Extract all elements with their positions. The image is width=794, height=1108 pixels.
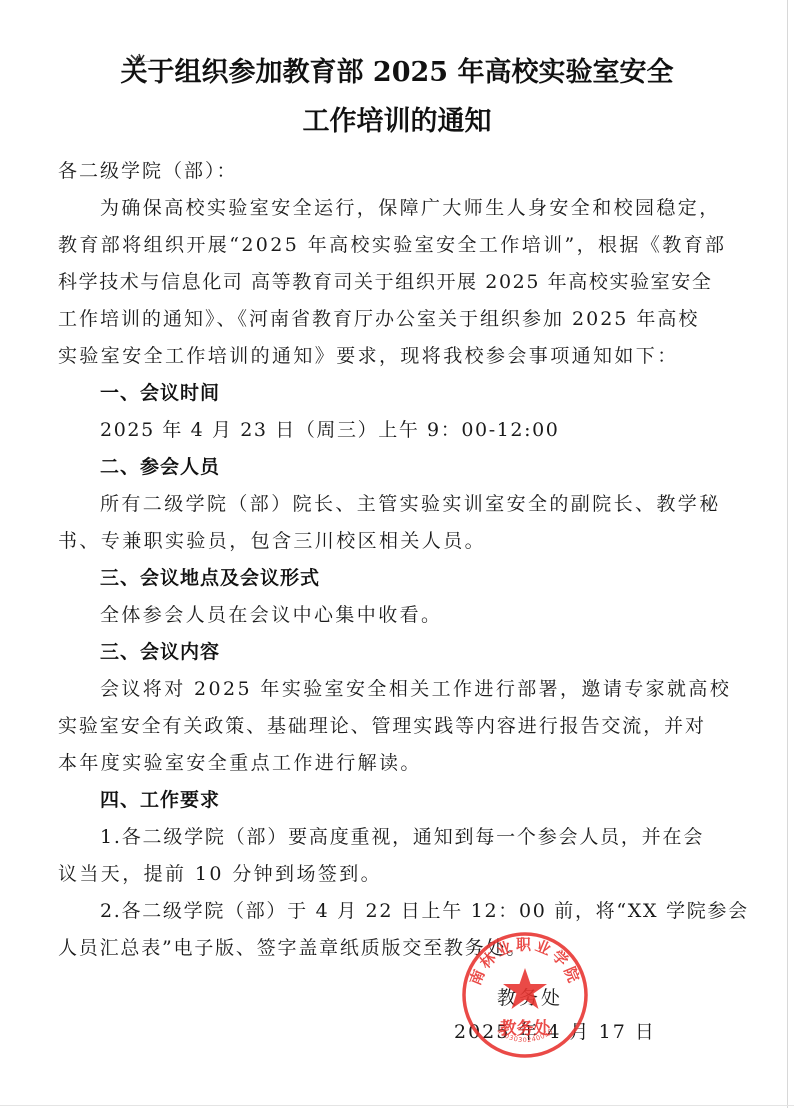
requirement-line: 议当天，提前 10 分钟到场签到。: [58, 859, 382, 886]
section-heading-attendees: 二、参会人员: [100, 452, 220, 479]
section-heading-location: 三、会议地点及会议形式: [100, 563, 320, 590]
intro-line: 工作培训的通知》、《河南省教育厅办公室关于组织参加 2025 年高校: [58, 304, 699, 331]
intro-line: 教育部将组织开展“2025 年高校实验室安全工作培训”，根据《教育部: [58, 230, 726, 257]
intro-line: 实验室安全工作培训的通知》要求，现将我校参会事项通知如下：: [58, 341, 679, 368]
page-edge-bottom: [0, 1105, 794, 1106]
requirement-line: 1.各二级学院（部）要高度重视，通知到每一个参会人员，并在会: [100, 822, 704, 849]
document-page: 关于组织参加教育部 2025 年高校实验室安全 工作培训的通知 各二级学院（部）…: [0, 0, 794, 1108]
page-edge-right: [787, 0, 788, 1108]
intro-line: 为确保高校实验室安全运行，保障广大师生人身安全和校园稳定，: [100, 193, 721, 220]
content-line: 实验室安全有关政策、基础理论、管理实践等内容进行报告交流，并对: [58, 711, 706, 738]
section-heading-time: 一、会议时间: [100, 378, 220, 405]
location-line: 全体参会人员在会议中心集中收看。: [100, 600, 442, 627]
salutation: 各二级学院（部）：: [58, 156, 238, 183]
section-heading-content: 三、会议内容: [100, 637, 220, 664]
requirement-line: 人员汇总表”电子版、签字盖章纸质版交至教务处。: [58, 933, 527, 960]
attendees-line: 所有二级学院（部）院长、主管实验实训室安全的副院长、教学秘: [100, 489, 721, 516]
signature-date: 2025 年 4 月 17 日: [454, 1017, 656, 1044]
section-heading-requirements: 四、工作要求: [100, 785, 220, 812]
content-line: 会议将对 2025 年实验室安全相关工作进行部署，邀请专家就高校: [100, 674, 731, 701]
content-line: 本年度实验室安全重点工作进行解读。: [58, 748, 422, 775]
intro-line: 科学技术与信息化司 高等教育司关于组织开展 2025 年高校实验室安全: [58, 267, 712, 294]
signature-department: 教务处: [497, 983, 563, 1010]
attendees-line: 书、专兼职实验员，包含三川校区相关人员。: [58, 526, 486, 553]
meeting-time: 2025 年 4 月 23 日（周三）上午 9：00-12:00: [100, 415, 560, 442]
requirement-line: 2.各二级学院（部）于 4 月 22 日上午 12：00 前，将“XX 学院参会: [100, 896, 749, 923]
document-title-line2: 工作培训的通知: [0, 99, 794, 138]
document-title-line1: 关于组织参加教育部 2025 年高校实验室安全: [0, 50, 794, 89]
